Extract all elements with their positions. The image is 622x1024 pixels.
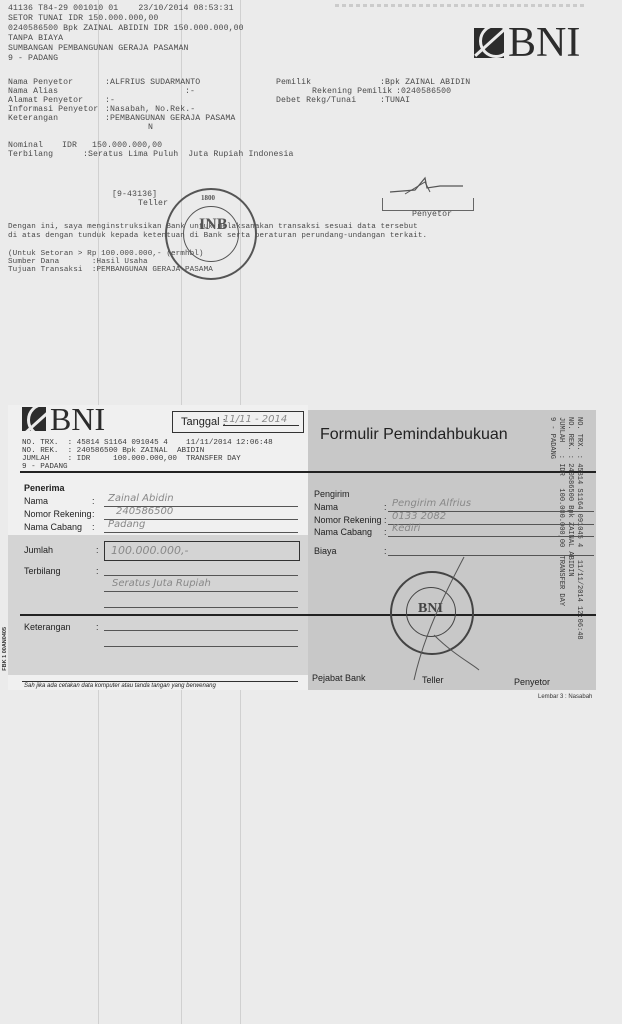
- field-label: Alamat Penyetor: [8, 96, 83, 105]
- field-label: Rekening Pemilik: [312, 87, 392, 96]
- pengirim-cabang-value[interactable]: Kediri: [392, 523, 420, 534]
- print-line: JUMLAH : IDR 100.000.000,00 TRANSFER DAY: [22, 455, 241, 463]
- bni-logo: BNI: [22, 407, 105, 431]
- terbilang-label: Terbilang: [24, 566, 61, 576]
- transfer-form: Formulir Pemindahbukuan BNI Tanggal : 11…: [8, 405, 596, 690]
- pengirim-title: Pengirim: [314, 489, 350, 499]
- field-label: Debet Rekg/Tunai: [276, 96, 356, 105]
- vertical-print: 9 - PADANG: [548, 417, 556, 459]
- terbilang-value[interactable]: Seratus Juta Rupiah: [112, 578, 211, 589]
- teller-label: Teller: [422, 675, 444, 685]
- bni-logo-text: BNI: [50, 407, 105, 431]
- penyetor-label: Penyetor: [514, 677, 550, 687]
- field-label: Pemilik: [276, 78, 311, 87]
- copy-label: Lembar 3 : Nasabah: [538, 694, 592, 700]
- teller-code: [9-43136]: [112, 190, 157, 199]
- field-value: :0240586500: [396, 87, 451, 96]
- penerima-cabang-label: Nama Cabang: [24, 522, 82, 532]
- penerima-title: Penerima: [24, 483, 65, 493]
- pengirim-nama-label: Nama: [314, 502, 338, 512]
- jumlah-value: 100.000.000,-: [111, 544, 188, 557]
- divider: [20, 614, 596, 616]
- jumlah-box[interactable]: 100.000.000,-: [104, 541, 300, 561]
- field-value: :Nasabah, No.Rek.-: [105, 105, 195, 114]
- bni-logo-icon: [474, 28, 504, 58]
- teller-signature: [404, 555, 484, 685]
- amount-label: Nominal: [8, 141, 43, 150]
- penyetor-signature: [385, 172, 465, 200]
- jumlah-label: Jumlah: [24, 545, 53, 555]
- penerima-nama-value[interactable]: Zainal Abidin: [108, 493, 174, 504]
- date-box: Tanggal : 11/11 - 2014: [172, 411, 304, 433]
- bni-logo-text: BNI: [508, 28, 580, 58]
- print-line: 9 - PADANG: [22, 463, 68, 471]
- divider: [20, 471, 596, 473]
- field-label: Keterangan: [8, 114, 58, 123]
- terbilang-label: Terbilang: [8, 150, 53, 159]
- receipt-header-line: 41136 T84-29 001010 01 23/10/2014 08:53:…: [8, 4, 234, 13]
- amount-value: 150.000.000,00: [92, 141, 162, 150]
- form-title: Formulir Pemindahbukuan: [320, 426, 508, 444]
- receipt-header-line: SUMBANGAN PEMBANGUNAN GERAJA PASAMAN: [8, 44, 188, 53]
- bank-stamp-icon: INB 1800: [165, 188, 257, 280]
- receipt-header-line: 0240586500 Bpk ZAINAL ABIDIN IDR 150.000…: [8, 24, 244, 33]
- stamp-text: INB: [199, 216, 227, 234]
- field-label: Nama Alias: [8, 87, 58, 96]
- field-value: :PEMBANGUNAN GERAJA PASAMA: [105, 114, 235, 123]
- print-line: NO. TRX. : 45814 S1164 091045 4 11/11/20…: [22, 439, 273, 447]
- field-value: :-: [185, 87, 195, 96]
- amount-currency: IDR: [62, 141, 77, 150]
- terbilang-value: :Seratus Lima Puluh Juta Rupiah Indonesi…: [83, 150, 294, 159]
- pejabat-bank-label: Pejabat Bank: [312, 673, 366, 683]
- penerima-cabang-value[interactable]: Padang: [108, 519, 145, 530]
- field-label: Informasi Penyetor: [8, 105, 98, 114]
- footer-note: Sah jika ada cetakan data komputer atau …: [24, 683, 216, 689]
- keterangan-label: Keterangan: [24, 622, 71, 632]
- field-value: :ALFRIUS SUDARMANTO: [105, 78, 200, 87]
- date-label: Tanggal :: [181, 416, 226, 428]
- stamp-year: 1800: [201, 194, 215, 202]
- vertical-print: NO. REK. : 240586500 Bpk ZAINAL ABIDIN: [566, 417, 574, 577]
- date-value: 11/11 - 2014: [223, 414, 299, 426]
- pengirim-nama-value[interactable]: Pengirim Alfrius: [392, 498, 471, 509]
- biaya-label: Biaya: [314, 546, 337, 556]
- penerima-rekening-value[interactable]: 240586500: [116, 506, 173, 517]
- extra-line: Sumber Dana :Hasil Usaha: [8, 258, 148, 266]
- field-value: :TUNAI: [380, 96, 410, 105]
- teller-label: Teller: [138, 199, 168, 208]
- teller-code-value: 9-43136: [117, 190, 152, 199]
- penerima-nama-label: Nama: [24, 496, 48, 506]
- bni-logo: BNI: [474, 28, 580, 58]
- receipt-header-line: 9 - PADANG: [8, 54, 58, 63]
- penerima-rekening-label: Nomor Rekening: [24, 509, 92, 519]
- scan-noise: [335, 4, 585, 7]
- vertical-print: NO. TRX. : 45814 S1164 091045 4 11/11/20…: [575, 417, 583, 640]
- pengirim-cabang-label: Nama Cabang: [314, 527, 372, 537]
- field-value: N: [148, 123, 153, 132]
- form-code: FBK 1 00AN0405: [2, 627, 8, 671]
- print-line: NO. REK. : 240586500 Bpk ZAINAL ABIDIN: [22, 447, 204, 455]
- field-label: Nama Penyetor: [8, 78, 73, 87]
- receipt-header-line: SETOR TUNAI IDR 150.000.000,00: [8, 14, 158, 23]
- pengirim-rekening-value[interactable]: 0133 2082: [392, 511, 446, 522]
- pengirim-rekening-label: Nomor Rekening: [314, 515, 382, 525]
- field-value: :Bpk ZAINAL ABIDIN: [380, 78, 470, 87]
- receipt-header-line: TANPA BIAYA: [8, 34, 63, 43]
- bni-logo-icon: [22, 407, 46, 431]
- penyetor-label: Penyetor: [412, 210, 452, 219]
- field-value: :-: [105, 96, 115, 105]
